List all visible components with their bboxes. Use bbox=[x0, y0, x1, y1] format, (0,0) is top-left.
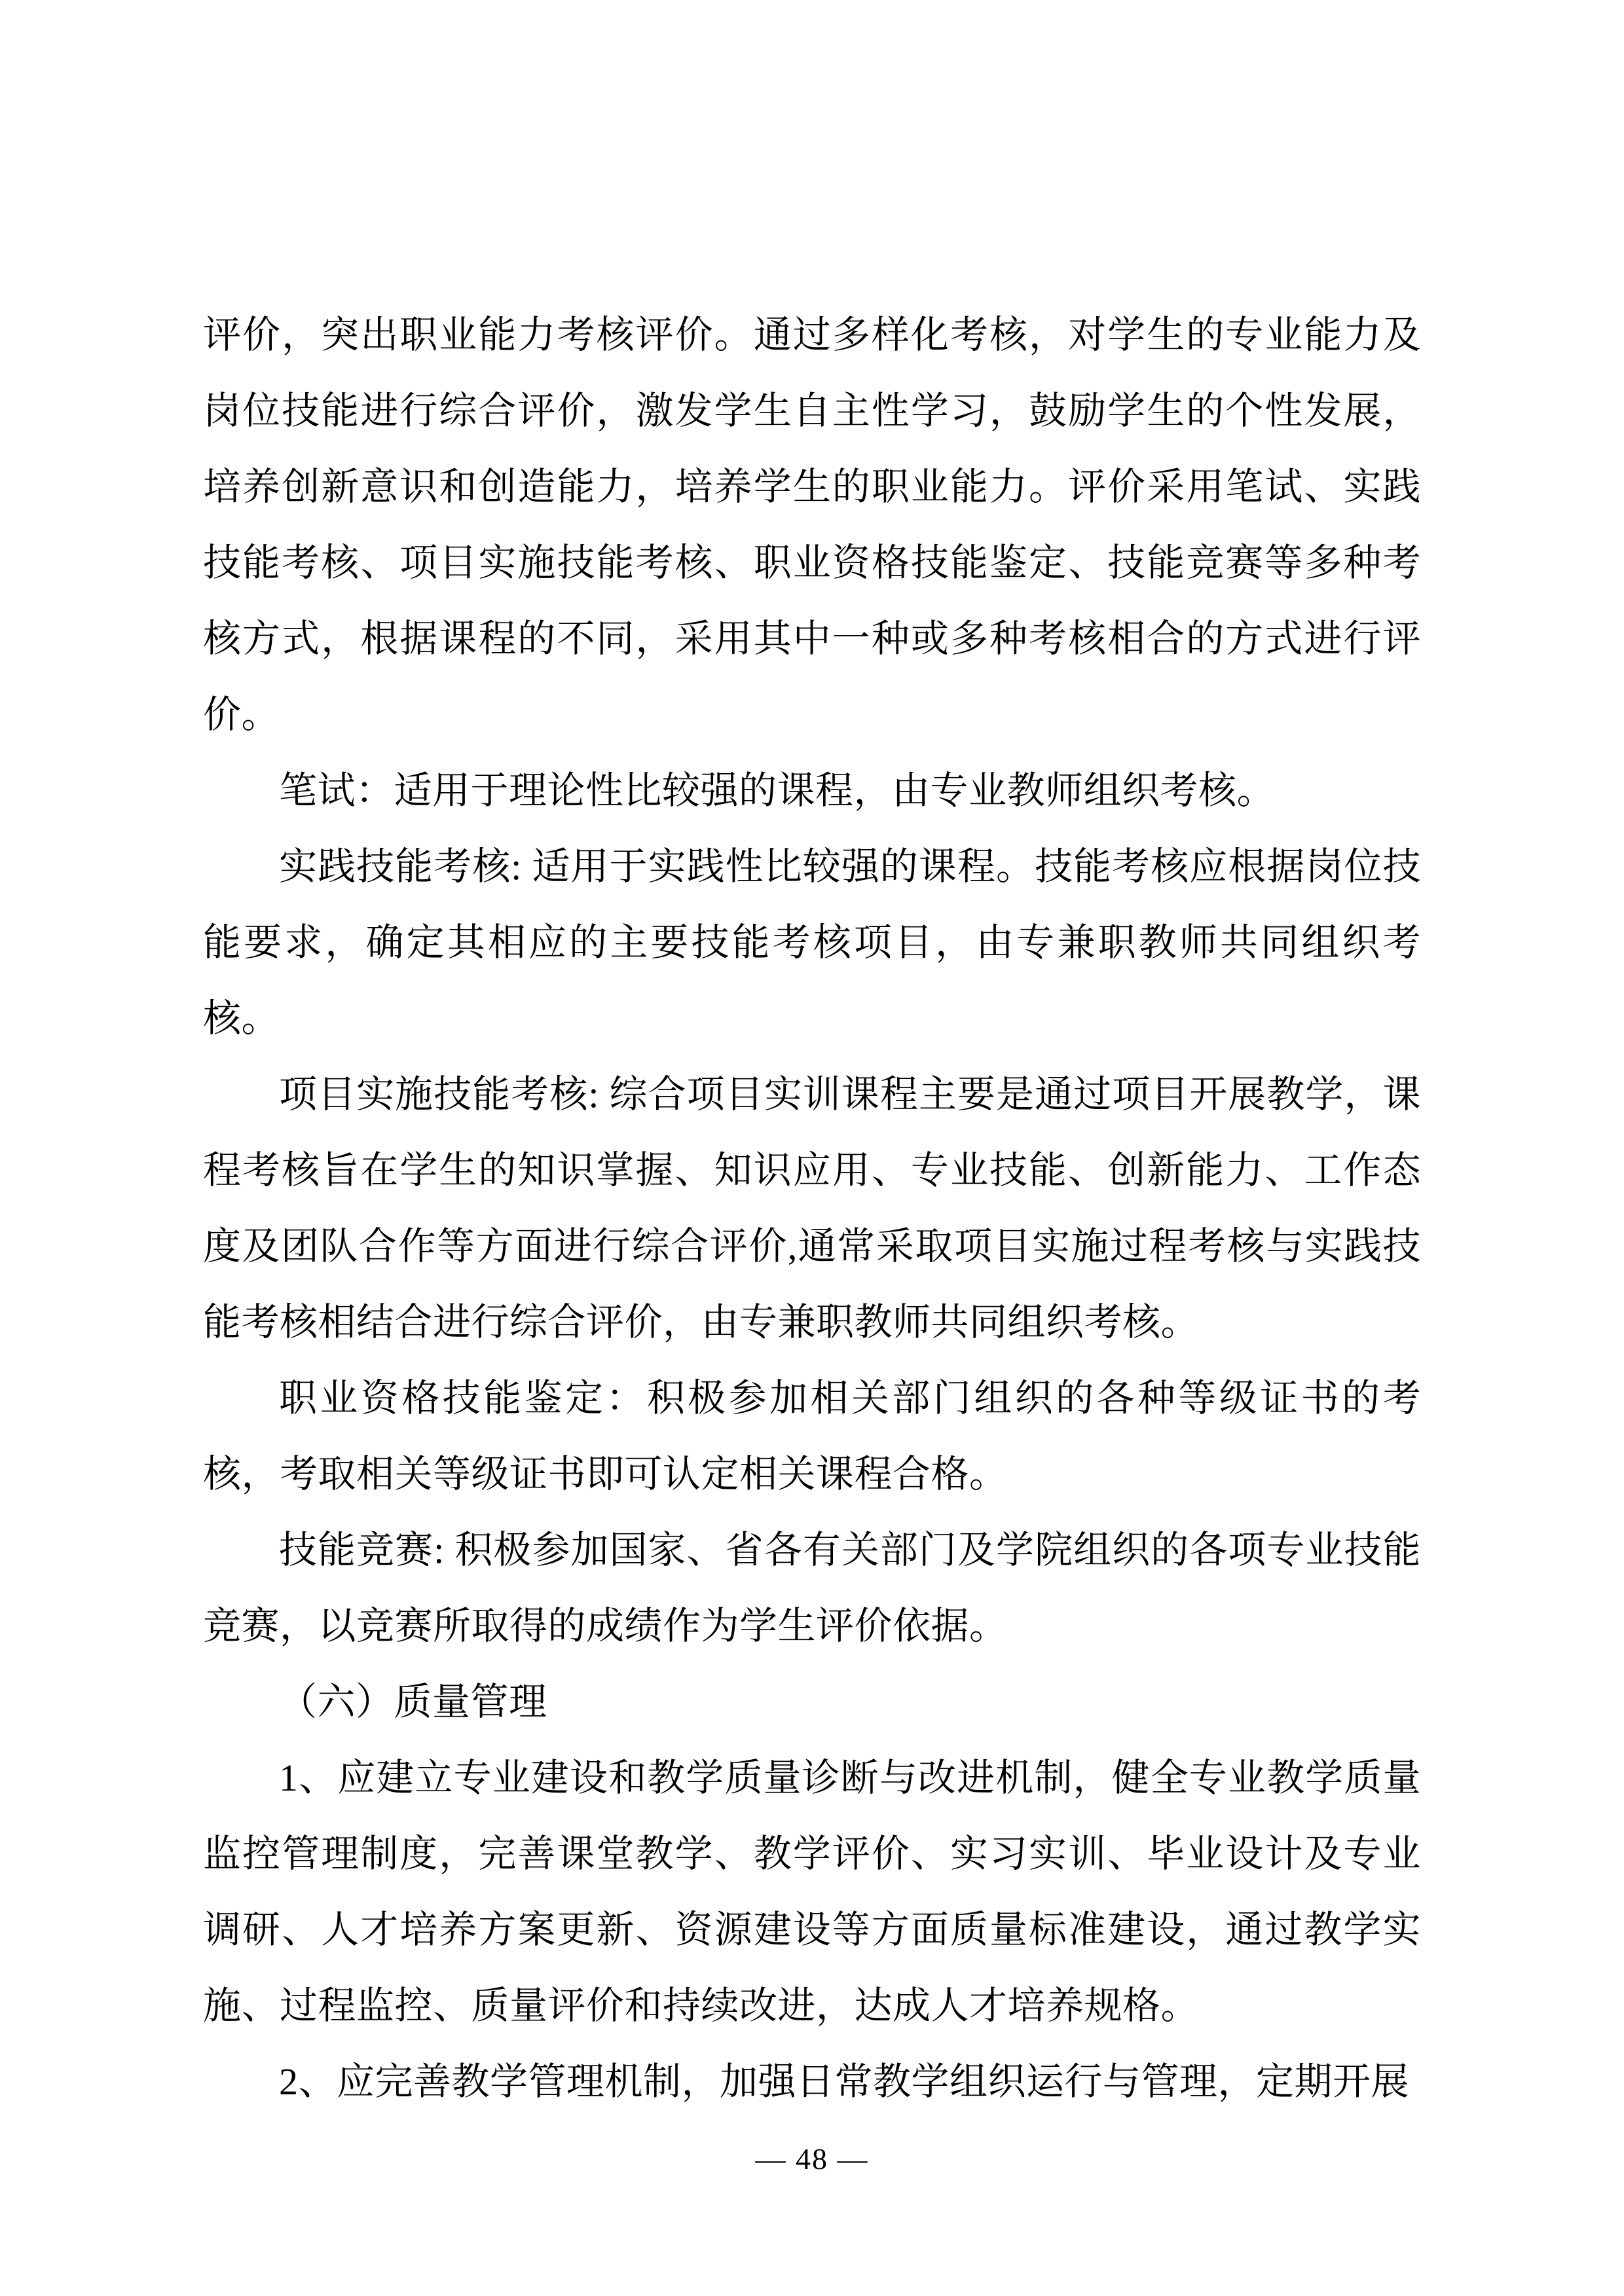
page-number: — 48 — bbox=[0, 2140, 1624, 2179]
paragraph: 技能竞赛: 积极参加国家、省各有关部门及学院组织的各项专业技能竞赛，以竞赛所取得… bbox=[203, 1512, 1421, 1664]
paragraph: 笔试：适用于理论性比较强的课程，由专业教师组织考核。 bbox=[203, 753, 1421, 829]
paragraph: 2、应完善教学管理机制，加强日常教学组织运行与管理，定期开展 bbox=[203, 2044, 1421, 2120]
document-body: 评价，突出职业能力考核评价。通过多样化考核，对学生的专业能力及岗位技能进行综合评… bbox=[203, 297, 1421, 2120]
document-page: 评价，突出职业能力考核评价。通过多样化考核，对学生的专业能力及岗位技能进行综合评… bbox=[0, 0, 1624, 2296]
paragraph: 1、应建立专业建设和教学质量诊断与改进机制，健全专业教学质量监控管理制度，完善课… bbox=[203, 1740, 1421, 2044]
paragraph: 评价，突出职业能力考核评价。通过多样化考核，对学生的专业能力及岗位技能进行综合评… bbox=[203, 297, 1421, 753]
section-heading: （六）质量管理 bbox=[203, 1664, 1421, 1740]
paragraph: 职业资格技能鉴定：积极参加相关部门组织的各种等级证书的考核，考取相关等级证书即可… bbox=[203, 1360, 1421, 1512]
paragraph: 实践技能考核: 适用于实践性比较强的课程。技能考核应根据岗位技能要求，确定其相应… bbox=[203, 829, 1421, 1057]
paragraph: 项目实施技能考核: 综合项目实训课程主要是通过项目开展教学，课程考核旨在学生的知… bbox=[203, 1057, 1421, 1360]
